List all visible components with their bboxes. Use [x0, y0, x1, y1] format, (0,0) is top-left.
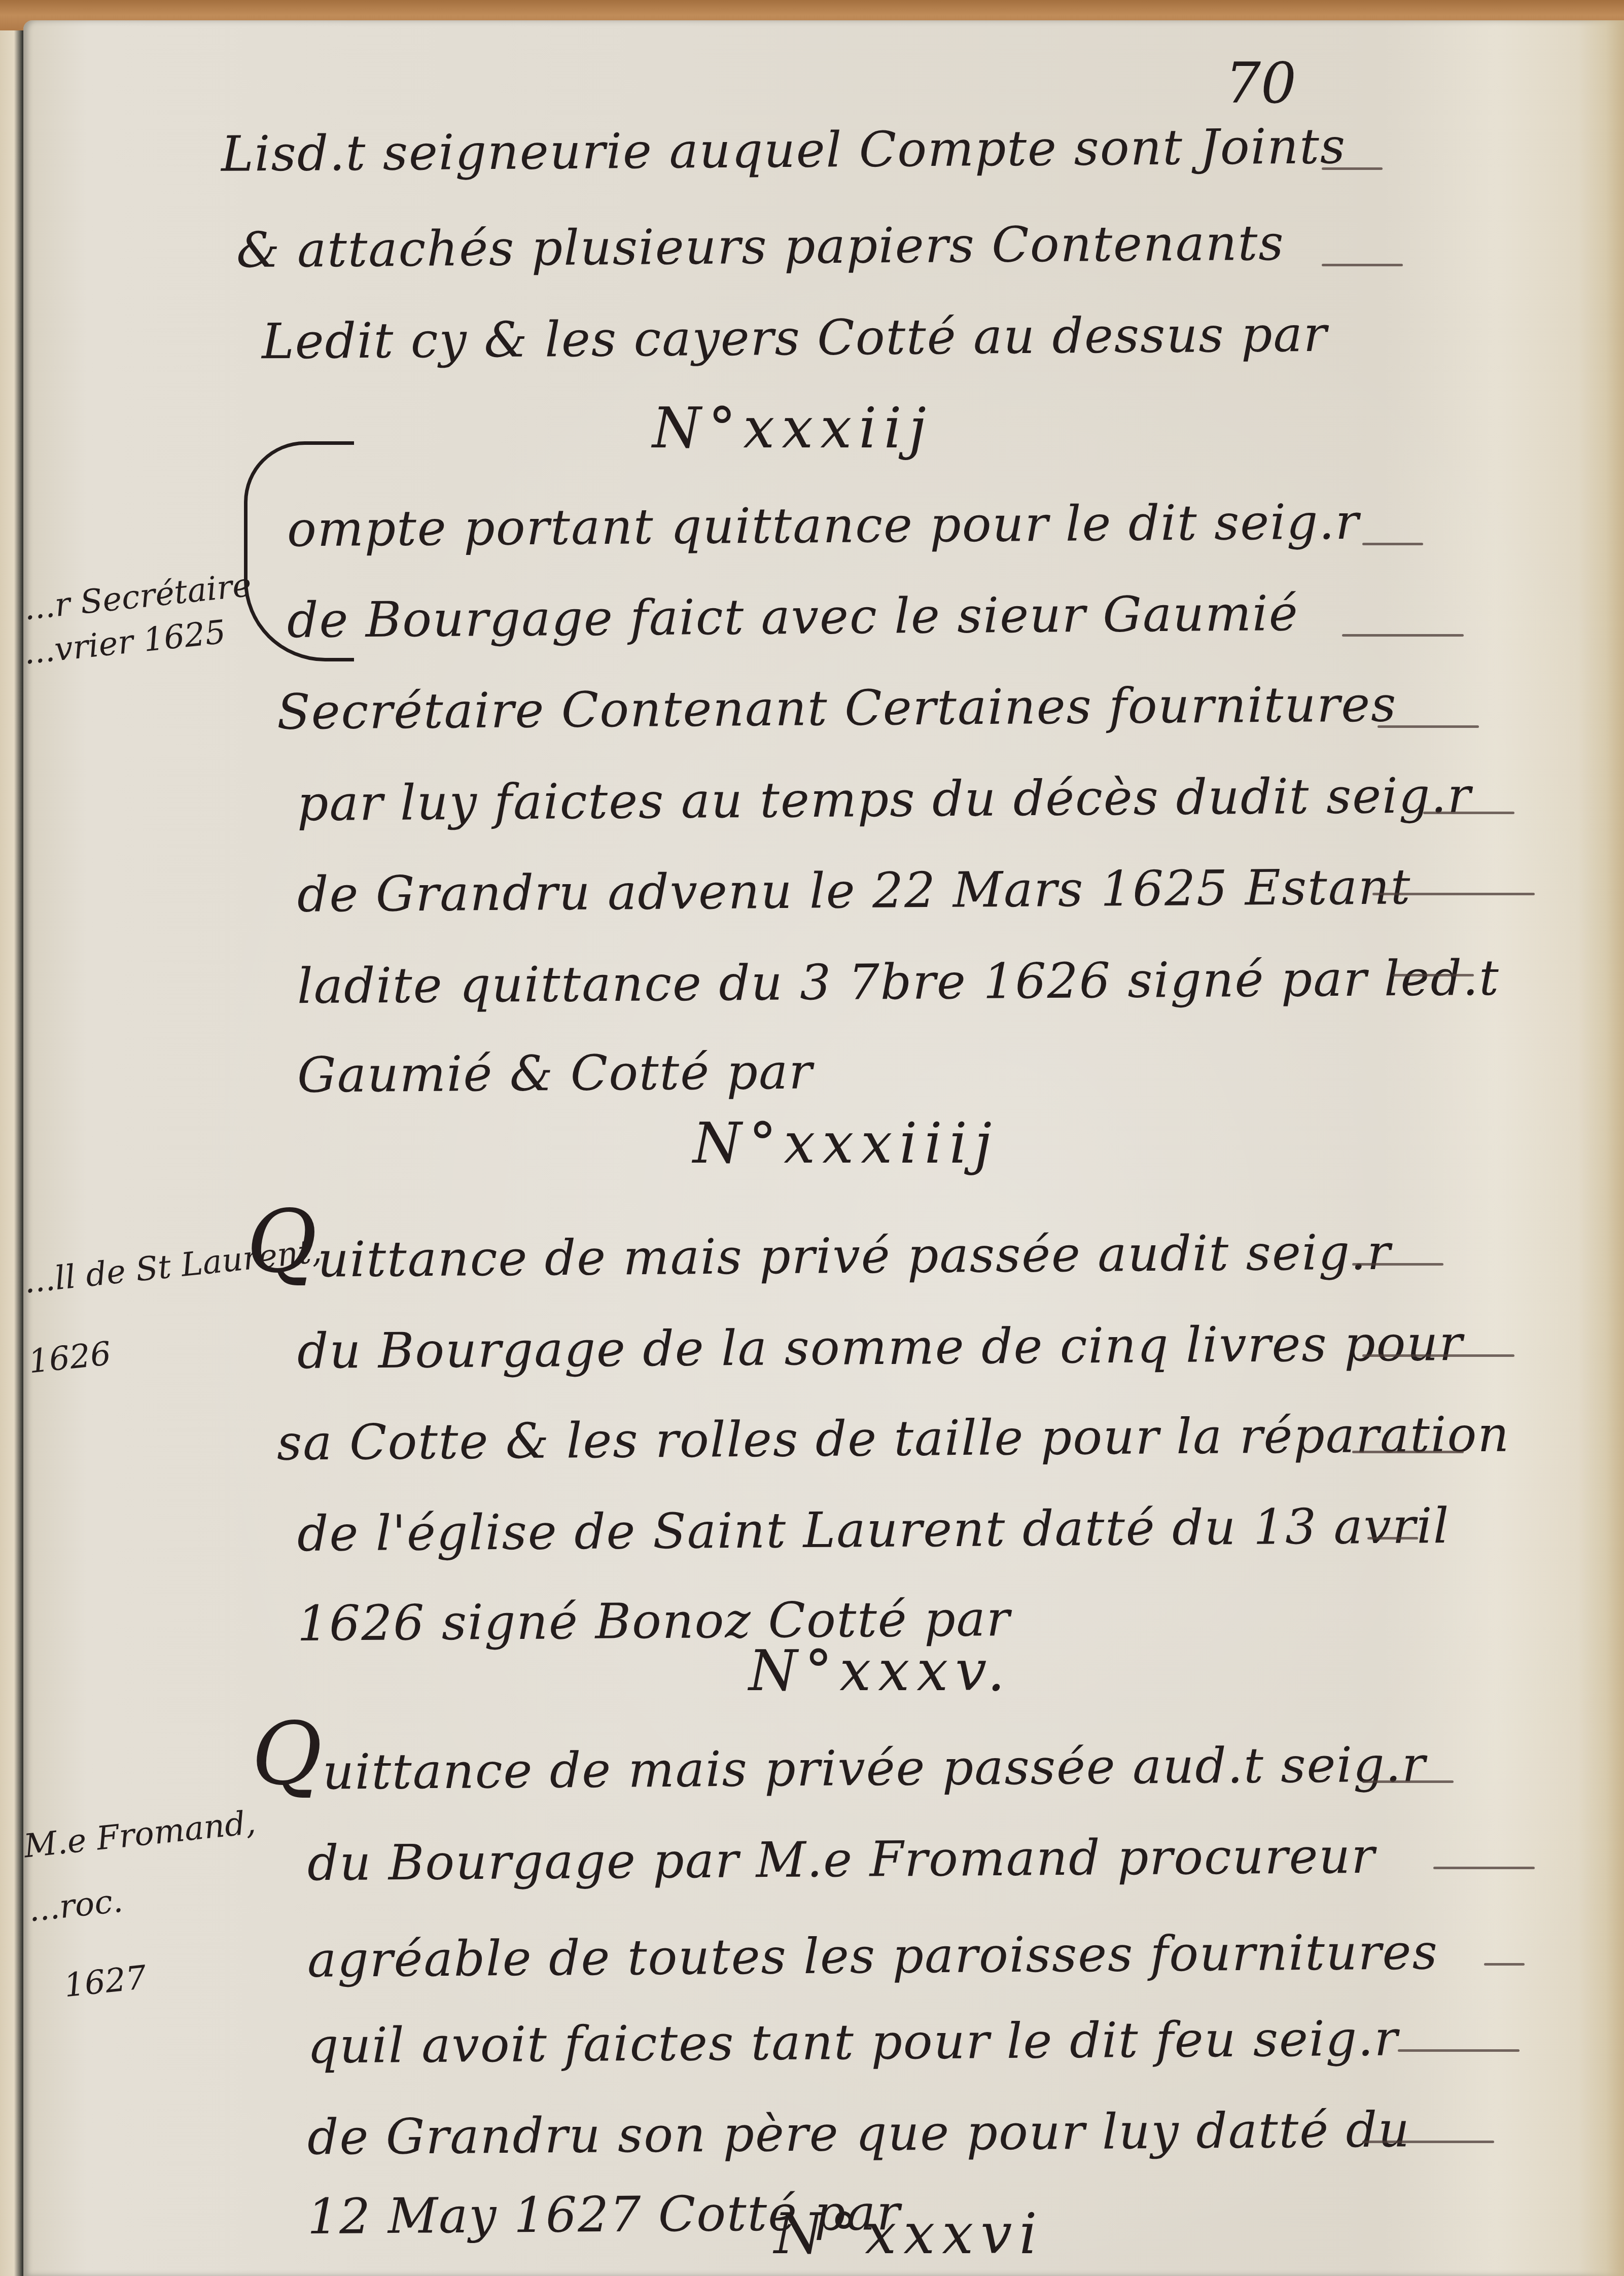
- line-filler: [1342, 634, 1464, 637]
- line-filler: [1372, 893, 1535, 895]
- text-line: de Grandru advenu le 22 Mars 1625 Estant: [297, 858, 1411, 923]
- margin-note: M.e Fromand,: [22, 1804, 257, 1866]
- text-line: de Bourgage faict avec le sieur Gaumié: [287, 585, 1299, 649]
- text-line: Lisd.t seigneurie auquel Compte sont Joi…: [221, 118, 1347, 182]
- dropcap-q: Q: [246, 1192, 317, 1292]
- line-filler: [1423, 812, 1514, 814]
- page-number: 70: [1225, 51, 1296, 116]
- text-line: du Bourgage de la somme de cinq livres p…: [297, 1315, 1464, 1380]
- dropcap-q: Q: [252, 1704, 322, 1805]
- left-page-edge: [0, 30, 23, 2276]
- entry-number: N°xxxiij: [652, 396, 933, 461]
- text-line: de l'église de Saint Laurent datté du 13…: [297, 1497, 1450, 1562]
- line-filler: [1433, 1867, 1535, 1869]
- text-line: Secrétaire Contenant Certaines fournitur…: [277, 676, 1397, 740]
- text-line: par luy faictes au temps du décès dudit …: [297, 767, 1472, 832]
- text-line: de Grandru son père que pour luy datté d…: [307, 2101, 1411, 2165]
- text-line: sa Cotte & les rolles de taille pour la …: [277, 1406, 1510, 1472]
- margin-note: 1627: [62, 1959, 149, 2005]
- line-filler: [1322, 264, 1403, 266]
- line-filler: [1398, 2049, 1520, 2052]
- manuscript-page: 70 Lisd.t seigneurie auquel Compte sont …: [23, 20, 1624, 2276]
- margin-note: 1626: [27, 1335, 113, 1381]
- text-line: ladite quittance du 3 7bre 1626 signé pa…: [297, 950, 1500, 1015]
- text-line: Gaumié & Cotté par: [297, 1043, 814, 1103]
- line-filler: [1322, 167, 1383, 170]
- line-filler: [1378, 725, 1479, 728]
- line-filler: [1393, 974, 1474, 976]
- entry-number: N°xxxv.: [749, 1638, 1012, 1703]
- entry-number: N°xxxiiij: [693, 1111, 999, 1176]
- text-line: Ledit cy & les cayers Cotté au dessus pa…: [262, 306, 1328, 370]
- margin-note: ...roc.: [27, 1882, 125, 1929]
- entry-number: N°xxxvi: [774, 2201, 1044, 2266]
- line-filler: [1362, 543, 1423, 545]
- text-line: quil avoit faictes tant pour le dit feu …: [307, 2010, 1399, 2074]
- text-line: uittance de mais privé passée audit seig…: [317, 1224, 1392, 1288]
- line-filler: [1362, 1354, 1514, 1357]
- text-line: ompte portant quittance pour le dit seig…: [287, 494, 1360, 558]
- text-line: uittance de mais privée passée aud.t sei…: [323, 1736, 1427, 1800]
- text-line: du Bourgage par M.e Fromand procureur: [307, 1828, 1376, 1892]
- line-filler: [1362, 1780, 1454, 1783]
- line-filler: [1484, 1963, 1525, 1966]
- text-line: & attachés plusieurs papiers Contenants: [236, 215, 1285, 278]
- line-filler: [1362, 2141, 1494, 2143]
- page-edge: [1578, 20, 1624, 2276]
- line-filler: [1352, 1263, 1443, 1266]
- line-filler: [1352, 1451, 1464, 1453]
- line-filler: [1367, 1537, 1418, 1539]
- text-line: agréable de toutes les paroisses fournit…: [307, 1923, 1438, 1988]
